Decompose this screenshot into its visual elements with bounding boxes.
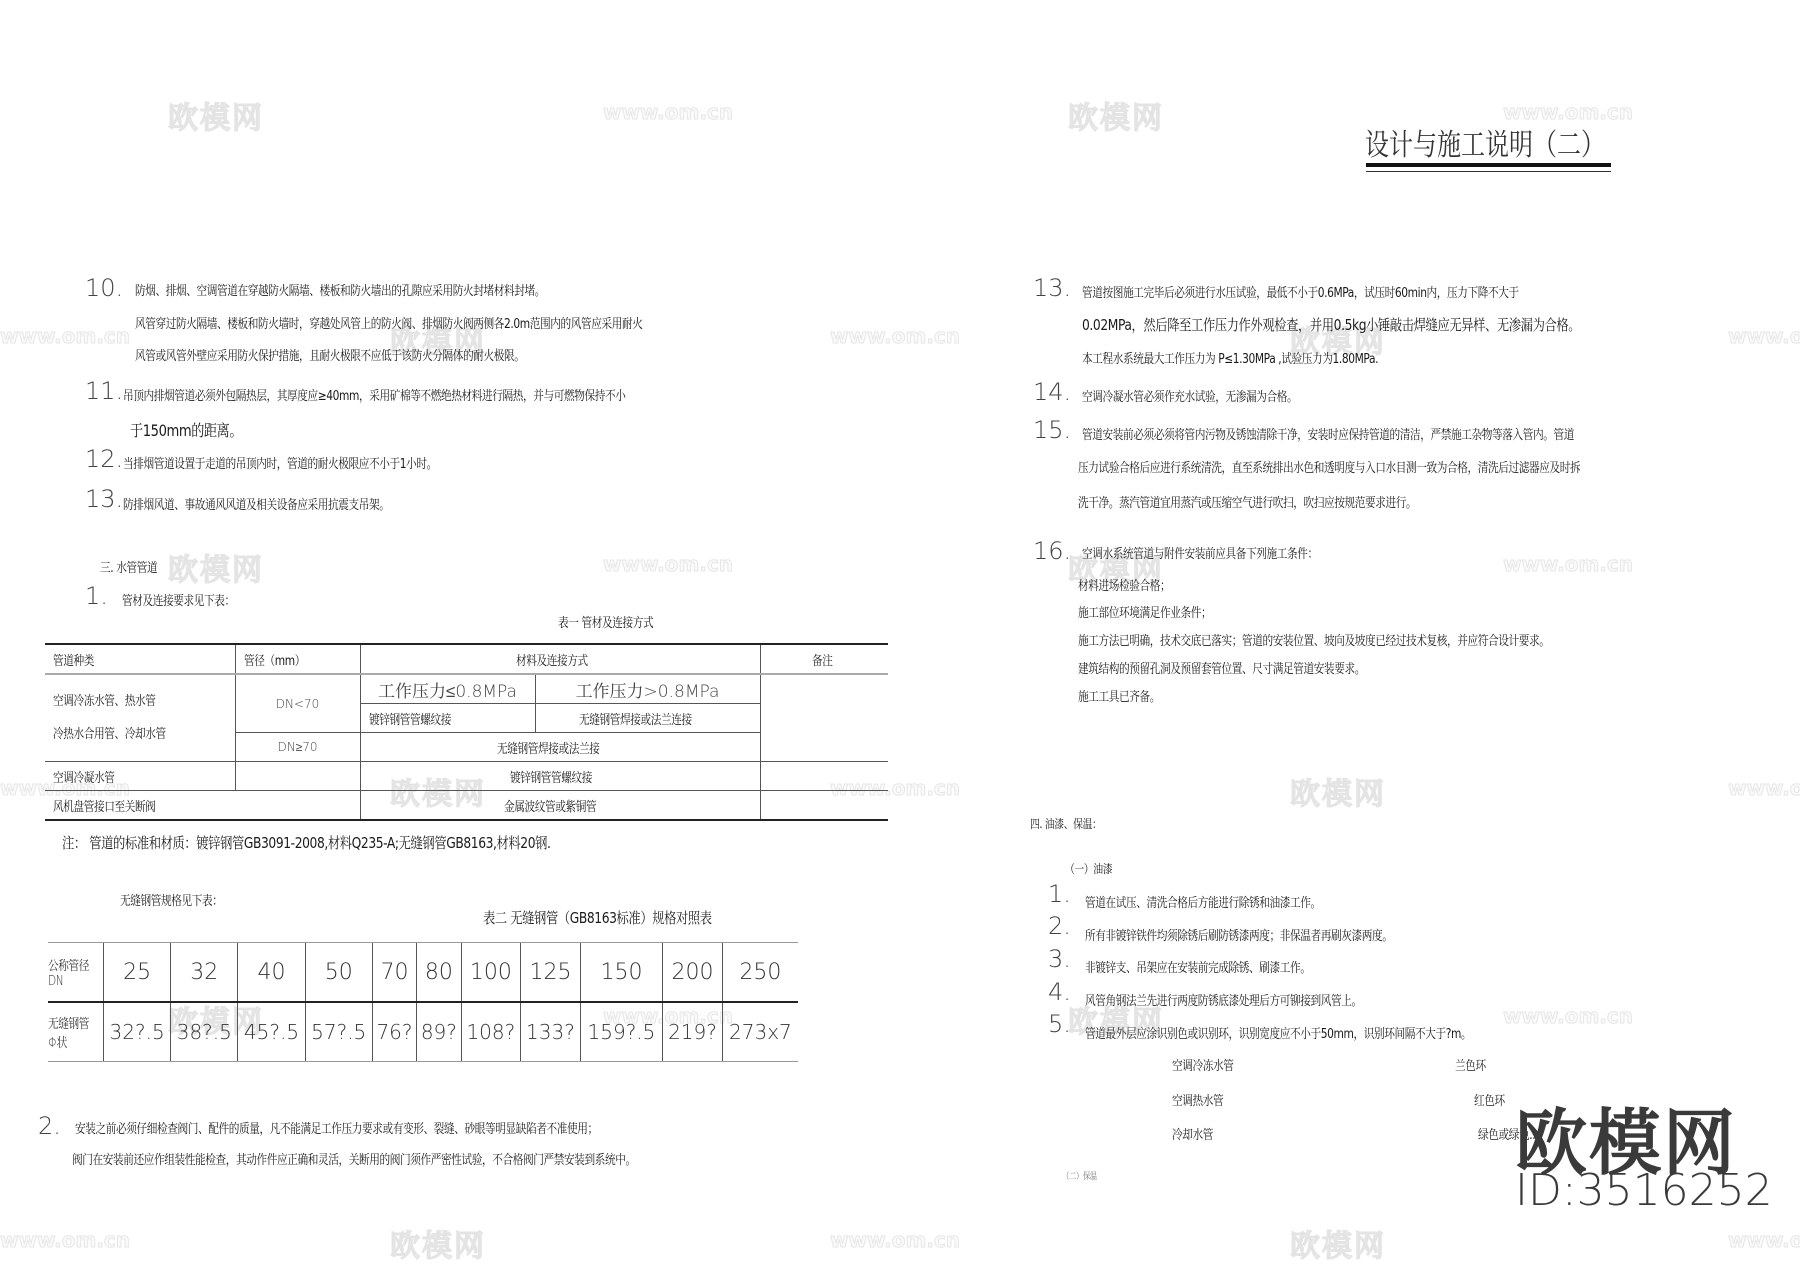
- spec-cell: 76?: [372, 1002, 416, 1062]
- dn-cell: 25: [104, 943, 171, 1003]
- table-caption: 表一 管材及连接方式: [558, 612, 653, 631]
- watermark-url: www.om.cn: [0, 324, 130, 348]
- table-header: 备注: [760, 644, 888, 674]
- table-cell: 无缝钢管焊接或法兰接: [360, 733, 760, 762]
- dn-cell: 40: [238, 943, 305, 1003]
- item-text: 建筑结构的预留孔洞及预留套管位置、尺寸满足管道安装要求。: [1078, 658, 1365, 677]
- item-text: 管道安装前必须必须将管内污物及锈蚀清除干净，安装时应保持管道的清洁，严禁施工杂物…: [1082, 424, 1574, 443]
- item-number: 12.: [85, 445, 123, 473]
- table-row-label: 公称管径 DN: [48, 943, 104, 1003]
- watermark-url: www.om.cn: [1728, 1228, 1800, 1252]
- spec-cell: 45?.5: [238, 1002, 305, 1062]
- item-text: 管材及连接要求见下表：: [122, 590, 235, 609]
- watermark-logo: 欧模网: [1068, 93, 1164, 137]
- table-cell: 工作压力>0.8MPa: [535, 674, 760, 704]
- section-heading: 四. 油漆、保温：: [1030, 815, 1101, 832]
- spec-cell: 89?: [417, 1002, 461, 1062]
- dn-cell: 250: [722, 943, 798, 1003]
- item-text: 洗干净。蒸汽管道宜用蒸汽或压缩空气进行吹扫，吹扫应按规范要求进行。: [1078, 492, 1416, 511]
- item-text: 防烟、排烟、空调管道在穿越防火隔墙、楼板和防火墙出的孔隙应采用防火封堵材料封堵。: [135, 280, 545, 299]
- item-number: 13.: [1033, 274, 1071, 302]
- section-heading: 三. 水管管道: [100, 557, 157, 576]
- table-cell: DN<70: [235, 674, 360, 733]
- item-text: 管道最外层应涂识别色或识别环，识别宽度应不小于50mm，识别环间隔不大于?m。: [1085, 1023, 1471, 1042]
- ring-color: 兰色环: [1455, 1055, 1486, 1074]
- item-text: 0.02MPa，然后降至工作压力作外观检查，并用0.5kg小锤敲击焊缝应无异样、…: [1082, 314, 1580, 335]
- item-number: 2.: [38, 1112, 61, 1140]
- dn-cell: 100: [461, 943, 521, 1003]
- item-number: 15.: [1033, 416, 1071, 444]
- spec-cell: 133?: [521, 1002, 581, 1062]
- spec-cell: 219?: [663, 1002, 723, 1062]
- subsection-heading: （一）油漆: [1065, 860, 1112, 877]
- seamless-pipe-spec-table: 公称管径 DN 253240507080100125150200250 无缝钢管…: [48, 942, 798, 1062]
- watermark-url: www.om.cn: [1728, 776, 1800, 800]
- table-note: 注： 管道的标准和材质：镀锌钢管GB3091-2008,材料Q235-A;无缝钢…: [62, 832, 551, 853]
- title-underline-thin: [1366, 171, 1611, 172]
- item-text: 风管或风管外壁应采用防火保护措施，且耐火极限不应低于该防火分隔体的耐火极限。: [135, 345, 525, 364]
- brand-id: ID:3516252: [1515, 1165, 1773, 1216]
- table-cell: 空调冷冻水管、热水管 冷热水合用管、冷却水管: [45, 674, 235, 762]
- pipe-type: 空调热水管: [1172, 1090, 1223, 1109]
- watermark-url: www.om.cn: [830, 324, 960, 348]
- watermark-url: www.om.cn: [830, 1228, 960, 1252]
- item-text: 管道按图施工完毕后必须进行水压试验，最低不小于0.6MPa，试压时60min内，…: [1082, 282, 1519, 301]
- item-text: 压力试验合格后应进行系统清洗，直至系统排出水色和透明度与入口水目测一致为合格，清…: [1078, 457, 1580, 476]
- spec-cell: 273x7: [722, 1002, 798, 1062]
- table-cell: 镀锌钢管管螺纹接: [360, 762, 760, 791]
- table-cell: DN≥70: [235, 733, 360, 762]
- item-number: 10.: [85, 274, 123, 302]
- item-text: 安装之前必须仔细检查阀门、配件的质量，凡不能满足工作压力要求或有变形、裂缝、砂眼…: [75, 1118, 598, 1137]
- item-number: 14.: [1033, 378, 1071, 406]
- table-cell: [235, 762, 360, 791]
- item-number: 1.: [85, 582, 108, 610]
- watermark-logo: 欧模网: [168, 545, 264, 589]
- dn-cell: 150: [580, 943, 662, 1003]
- dn-cell: 50: [305, 943, 372, 1003]
- dn-cell: 70: [372, 943, 416, 1003]
- item-number: 16.: [1033, 537, 1071, 565]
- item-number: 13.: [85, 485, 123, 513]
- item-number: 5.: [1048, 1010, 1071, 1038]
- item-number: 4.: [1048, 978, 1071, 1006]
- dn-cell: 125: [521, 943, 581, 1003]
- watermark-logo: 欧模网: [1290, 769, 1386, 813]
- watermark-logo: 欧模网: [168, 93, 264, 137]
- table-row-label: 无缝钢管 Φ状: [48, 1002, 104, 1062]
- subsection-heading: （二）保温: [1062, 1169, 1097, 1182]
- watermark-url: www.om.cn: [0, 1228, 130, 1252]
- table-cell: [760, 762, 888, 791]
- item-text: 材料进场检验合格；: [1078, 575, 1170, 594]
- item-text: 所有非镀锌铁件均须除锈后刷防锈漆两度；非保温者再刷灰漆两度。: [1085, 925, 1393, 944]
- table-cell: 无缝钢管焊接或法兰连接: [535, 704, 760, 733]
- table-cell: 镀锌钢管管螺纹接: [360, 704, 535, 733]
- table-header: 管道种类: [45, 644, 235, 674]
- pipe-material-table: 管道种类 管径（mm） 材料及连接方式 备注 空调冷冻水管、热水管 冷热水合用管…: [45, 643, 888, 821]
- item-text: 防排烟风道、事故通风风道及相关设备应采用抗震支吊架。: [123, 494, 390, 513]
- item-text: 空调水系统管道与附件安装前应具备下列施工条件：: [1082, 543, 1318, 562]
- dn-cell: 200: [663, 943, 723, 1003]
- watermark-url: www.om.cn: [603, 100, 733, 124]
- ring-color: 红色环: [1474, 1090, 1505, 1109]
- pipe-type: 空调冷冻水管: [1172, 1055, 1234, 1074]
- item-text: 风管穿过防火隔墙、楼板和防火墙时，穿越处风管上的防火阀、排烟防火阀两侧各2.0m…: [135, 313, 642, 332]
- table-cell: 空调冷凝水管: [45, 762, 235, 791]
- item-text: 管道在试压、清洗合格后方能进行除锈和油漆工作。: [1085, 892, 1321, 911]
- page-title: 设计与施工说明（二）: [1365, 120, 1605, 164]
- spec-cell: 38?.5: [171, 1002, 238, 1062]
- item-text: 风管角钢法兰先进行两度防锈底漆处理后方可铆接到风管上。: [1085, 990, 1362, 1009]
- spec-cell: 108?: [461, 1002, 521, 1062]
- watermark-url: www.om.cn: [1728, 324, 1800, 348]
- watermark-logo: 欧模网: [1290, 1221, 1386, 1265]
- table-header: 材料及连接方式: [360, 644, 760, 674]
- spec-cell: 57?.5: [305, 1002, 372, 1062]
- watermark-url: www.om.cn: [1503, 552, 1633, 576]
- item-text: 非镀锌支、吊架应在安装前完成除锈、刷漆工作。: [1085, 957, 1311, 976]
- watermark-url: www.om.cn: [603, 552, 733, 576]
- item-text: 本工程水系统最大工作压力为 P≤1.30MPa ,试验压力为1.80MPa.: [1082, 348, 1378, 367]
- table-cell: [760, 791, 888, 821]
- item-text: 吊顶内排烟管道必须外包隔热层，其厚度应≥40mm，采用矿棉等不燃绝热材料进行隔热…: [123, 385, 625, 404]
- item-text: 空调冷凝水管必须作充水试验，无渗漏为合格。: [1082, 386, 1297, 405]
- table-cell: 风机盘管接口至关断阀: [45, 791, 360, 821]
- table-cell: 金属波纹管或紫铜管: [360, 791, 760, 821]
- table-intro: 无缝钢管规格见下表：: [120, 890, 223, 909]
- dn-cell: 80: [417, 943, 461, 1003]
- spec-cell: 32?.5: [104, 1002, 171, 1062]
- watermark-logo: 欧模网: [390, 1221, 486, 1265]
- item-text: 于150mm的距离。: [130, 418, 242, 441]
- table-caption: 表二 无缝钢管（GB8163标准）规格对照表: [483, 907, 712, 928]
- table-cell: 工作压力≤0.8MPa: [360, 674, 535, 704]
- item-text: 阀门在安装前还应作组装性能检查，其动作件应正确和灵活，关断用的阀门须作严密性试验…: [72, 1149, 636, 1168]
- item-number: 1.: [1048, 880, 1071, 908]
- pipe-type: 冷却水管: [1172, 1124, 1213, 1143]
- table-header: 管径（mm）: [235, 644, 360, 674]
- dn-cell: 32: [171, 943, 238, 1003]
- item-number: 11.: [85, 377, 123, 405]
- table-cell: [760, 674, 888, 762]
- item-text: 施工方法已明确，技术交底已落实；管道的安装位置、坡向及坡度已经过技术复核，并应符…: [1078, 630, 1550, 649]
- spec-cell: 159?.5: [580, 1002, 662, 1062]
- item-number: 3.: [1048, 945, 1071, 973]
- title-underline-thick: [1366, 163, 1611, 167]
- item-number: 2.: [1048, 912, 1071, 940]
- item-text: 当排烟管道设置于走道的吊顶内时，管道的耐火极限应不小于1小时。: [123, 453, 437, 472]
- item-text: 施工工具已齐备。: [1078, 686, 1160, 705]
- item-text: 施工部位环境满足作业条件；: [1078, 602, 1211, 621]
